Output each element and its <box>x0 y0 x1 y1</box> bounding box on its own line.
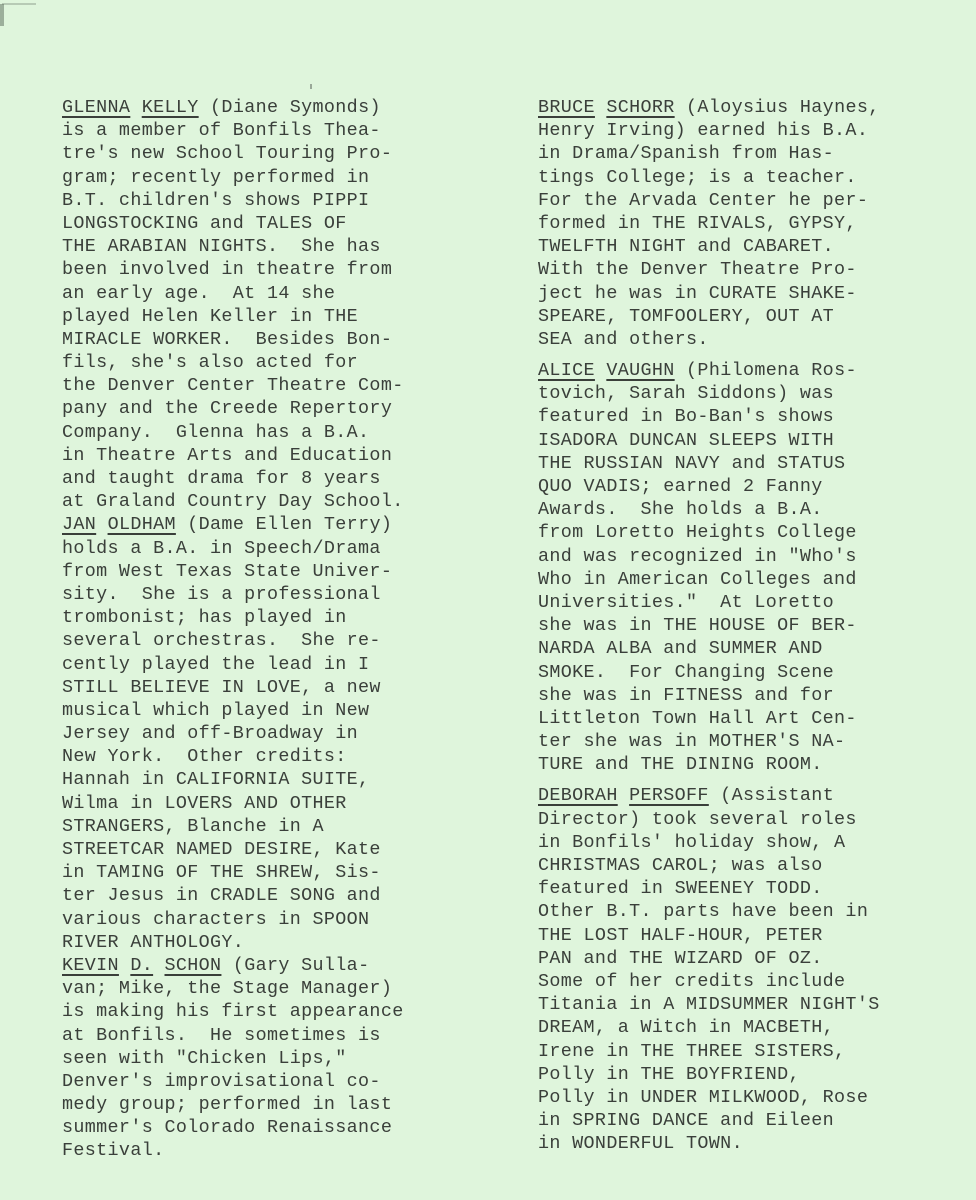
performer-name: D. <box>130 955 153 976</box>
bio-text-line: Henry Irving) earned his B.A. <box>538 119 880 142</box>
bio-text-line: Some of her credits include <box>538 970 880 993</box>
bio-text-line: from West Texas State Univer- <box>62 560 404 583</box>
bio-text-line: an early age. At 14 she <box>62 282 404 305</box>
bio-text-line: tovich, Sarah Siddons) was <box>538 382 880 405</box>
bio-text-line: she was in THE HOUSE OF BER- <box>538 614 880 637</box>
paper-edge-mark <box>0 4 4 26</box>
bio-text-line: TURE and THE DINING ROOM. <box>538 753 880 776</box>
bio-text-line: THE RUSSIAN NAVY and STATUS <box>538 452 880 475</box>
bio-text-line: Festival. <box>62 1139 404 1162</box>
performer-name: VAUGHN <box>606 360 674 381</box>
bio-text-line: STILL BELIEVE IN LOVE, a new <box>62 676 404 699</box>
bio-entry: KEVIN D. SCHON (Gary Sulla-van; Mike, th… <box>62 954 404 1163</box>
bio-text-line: is making his first appearance <box>62 1000 404 1023</box>
bio-text-line: Littleton Town Hall Art Cen- <box>538 707 880 730</box>
bio-text-line: various characters in SPOON <box>62 908 404 931</box>
bio-text-line: ter Jesus in CRADLE SONG and <box>62 884 404 907</box>
performer-name: SCHORR <box>606 97 674 118</box>
bio-text-line: played Helen Keller in THE <box>62 305 404 328</box>
bio-heading-line: JAN OLDHAM (Dame Ellen Terry) <box>62 513 404 536</box>
bio-text-line: gram; recently performed in <box>62 166 404 189</box>
bio-text-line: Other B.T. parts have been in <box>538 900 880 923</box>
bio-text-line: musical which played in New <box>62 699 404 722</box>
bio-text-line: ject he was in CURATE SHAKE- <box>538 282 880 305</box>
bio-text-line: and taught drama for 8 years <box>62 467 404 490</box>
bio-text-line: With the Denver Theatre Pro- <box>538 258 880 281</box>
role-text: (Diane Symonds) <box>199 97 381 118</box>
bio-text-line: van; Mike, the Stage Manager) <box>62 977 404 1000</box>
bio-text-line: in TAMING OF THE SHREW, Sis- <box>62 861 404 884</box>
bio-text-line: formed in THE RIVALS, GYPSY, <box>538 212 880 235</box>
bio-text-line: ISADORA DUNCAN SLEEPS WITH <box>538 429 880 452</box>
bio-text-line: summer's Colorado Renaissance <box>62 1116 404 1139</box>
bio-text-line: B.T. children's shows PIPPI <box>62 189 404 212</box>
role-text: (Aloysius Haynes, <box>675 97 880 118</box>
bio-text-line: the Denver Center Theatre Com- <box>62 374 404 397</box>
role-text: (Dame Ellen Terry) <box>176 514 392 535</box>
bio-heading-line: BRUCE SCHORR (Aloysius Haynes, <box>538 96 880 119</box>
bio-text-line: holds a B.A. in Speech/Drama <box>62 537 404 560</box>
bio-text-line: Jersey and off-Broadway in <box>62 722 404 745</box>
left-column: GLENNA KELLY (Diane Symonds)is a member … <box>62 96 404 1163</box>
bio-text-line: PAN and THE WIZARD OF OZ. <box>538 947 880 970</box>
bio-text-line: in WONDERFUL TOWN. <box>538 1132 880 1155</box>
bio-text-line: THE ARABIAN NIGHTS. She has <box>62 235 404 258</box>
performer-name: ALICE <box>538 360 595 381</box>
bio-text-line: SPEARE, TOMFOOLERY, OUT AT <box>538 305 880 328</box>
bio-text-line: medy group; performed in last <box>62 1093 404 1116</box>
bio-text-line: sity. She is a professional <box>62 583 404 606</box>
bio-text-line: Awards. She holds a B.A. <box>538 498 880 521</box>
bio-text-line: STRANGERS, Blanche in A <box>62 815 404 838</box>
performer-name: PERSOFF <box>629 785 709 806</box>
bio-text-line: several orchestras. She re- <box>62 629 404 652</box>
bio-heading-line: ALICE VAUGHN (Philomena Ros- <box>538 359 880 382</box>
bio-text-line: Wilma in LOVERS AND OTHER <box>62 792 404 815</box>
bio-text-line: in Theatre Arts and Education <box>62 444 404 467</box>
bio-text-line: seen with "Chicken Lips," <box>62 1047 404 1070</box>
bio-text-line: Polly in UNDER MILKWOOD, Rose <box>538 1086 880 1109</box>
bio-heading-line: KEVIN D. SCHON (Gary Sulla- <box>62 954 404 977</box>
bio-text-line: in SPRING DANCE and Eileen <box>538 1109 880 1132</box>
bio-text-line: Polly in THE BOYFRIEND, <box>538 1063 880 1086</box>
bio-entry: GLENNA KELLY (Diane Symonds)is a member … <box>62 96 404 513</box>
bio-text-line: SEA and others. <box>538 328 880 351</box>
performer-name: KELLY <box>142 97 199 118</box>
bio-text-line: SMOKE. For Changing Scene <box>538 661 880 684</box>
bio-text-line: MIRACLE WORKER. Besides Bon- <box>62 328 404 351</box>
bio-entry: DEBORAH PERSOFF (AssistantDirector) took… <box>538 784 880 1155</box>
bio-text-line: pany and the Creede Repertory <box>62 397 404 420</box>
bio-text-line: Company. Glenna has a B.A. <box>62 421 404 444</box>
performer-name: JAN <box>62 514 96 535</box>
bio-text-line: featured in Bo-Ban's shows <box>538 405 880 428</box>
bio-text-line: Universities." At Loretto <box>538 591 880 614</box>
role-text: (Assistant <box>709 785 834 806</box>
bio-text-line: been involved in theatre from <box>62 258 404 281</box>
bio-text-line: Titania in A MIDSUMMER NIGHT'S <box>538 993 880 1016</box>
bio-text-line: Irene in THE THREE SISTERS, <box>538 1040 880 1063</box>
bio-text-line: QUO VADIS; earned 2 Fanny <box>538 475 880 498</box>
bio-text-line: tre's new School Touring Pro- <box>62 142 404 165</box>
bio-text-line: Hannah in CALIFORNIA SUITE, <box>62 768 404 791</box>
performer-name: DEBORAH <box>538 785 618 806</box>
bio-text-line: from Loretto Heights College <box>538 521 880 544</box>
bio-entry: ALICE VAUGHN (Philomena Ros-tovich, Sara… <box>538 359 880 776</box>
bio-heading-line: GLENNA KELLY (Diane Symonds) <box>62 96 404 119</box>
bio-text-line: TWELFTH NIGHT and CABARET. <box>538 235 880 258</box>
bio-text-line: CHRISTMAS CAROL; was also <box>538 854 880 877</box>
bio-text-line: For the Arvada Center he per- <box>538 189 880 212</box>
bio-text-line: at Bonfils. He sometimes is <box>62 1024 404 1047</box>
bio-text-line: Who in American Colleges and <box>538 568 880 591</box>
bio-text-line: and was recognized in "Who's <box>538 545 880 568</box>
bio-heading-line: DEBORAH PERSOFF (Assistant <box>538 784 880 807</box>
bio-text-line: THE LOST HALF-HOUR, PETER <box>538 924 880 947</box>
bio-text-line: she was in FITNESS and for <box>538 684 880 707</box>
performer-name: KEVIN <box>62 955 119 976</box>
bio-text-line: in Bonfils' holiday show, A <box>538 831 880 854</box>
bio-text-line: in Drama/Spanish from Has- <box>538 142 880 165</box>
bio-text-line: New York. Other credits: <box>62 745 404 768</box>
bio-text-line: cently played the lead in I <box>62 653 404 676</box>
bio-text-line: trombonist; has played in <box>62 606 404 629</box>
right-column: BRUCE SCHORR (Aloysius Haynes,Henry Irvi… <box>538 96 880 1155</box>
bio-text-line: featured in SWEENEY TODD. <box>538 877 880 900</box>
role-text: (Gary Sulla- <box>221 955 369 976</box>
role-text: (Philomena Ros- <box>675 360 857 381</box>
performer-name: SCHON <box>165 955 222 976</box>
bio-text-line: fils, she's also acted for <box>62 351 404 374</box>
performer-name: OLDHAM <box>108 514 176 535</box>
performer-name: BRUCE <box>538 97 595 118</box>
bio-text-line: Director) took several roles <box>538 808 880 831</box>
bio-text-line: NARDA ALBA and SUMMER AND <box>538 637 880 660</box>
bio-text-line: STREETCAR NAMED DESIRE, Kate <box>62 838 404 861</box>
bio-text-line: at Graland Country Day School. <box>62 490 404 513</box>
stray-ink-mark <box>310 84 312 89</box>
bio-text-line: RIVER ANTHOLOGY. <box>62 931 404 954</box>
bio-text-line: is a member of Bonfils Thea- <box>62 119 404 142</box>
bio-text-line: Denver's improvisational co- <box>62 1070 404 1093</box>
bio-text-line: DREAM, a Witch in MACBETH, <box>538 1016 880 1039</box>
performer-name: GLENNA <box>62 97 130 118</box>
bio-text-line: tings College; is a teacher. <box>538 166 880 189</box>
paper-edge-mark <box>2 3 36 5</box>
bio-text-line: ter she was in MOTHER'S NA- <box>538 730 880 753</box>
bio-entry: JAN OLDHAM (Dame Ellen Terry)holds a B.A… <box>62 513 404 954</box>
bio-text-line: LONGSTOCKING and TALES OF <box>62 212 404 235</box>
bio-entry: BRUCE SCHORR (Aloysius Haynes,Henry Irvi… <box>538 96 880 351</box>
